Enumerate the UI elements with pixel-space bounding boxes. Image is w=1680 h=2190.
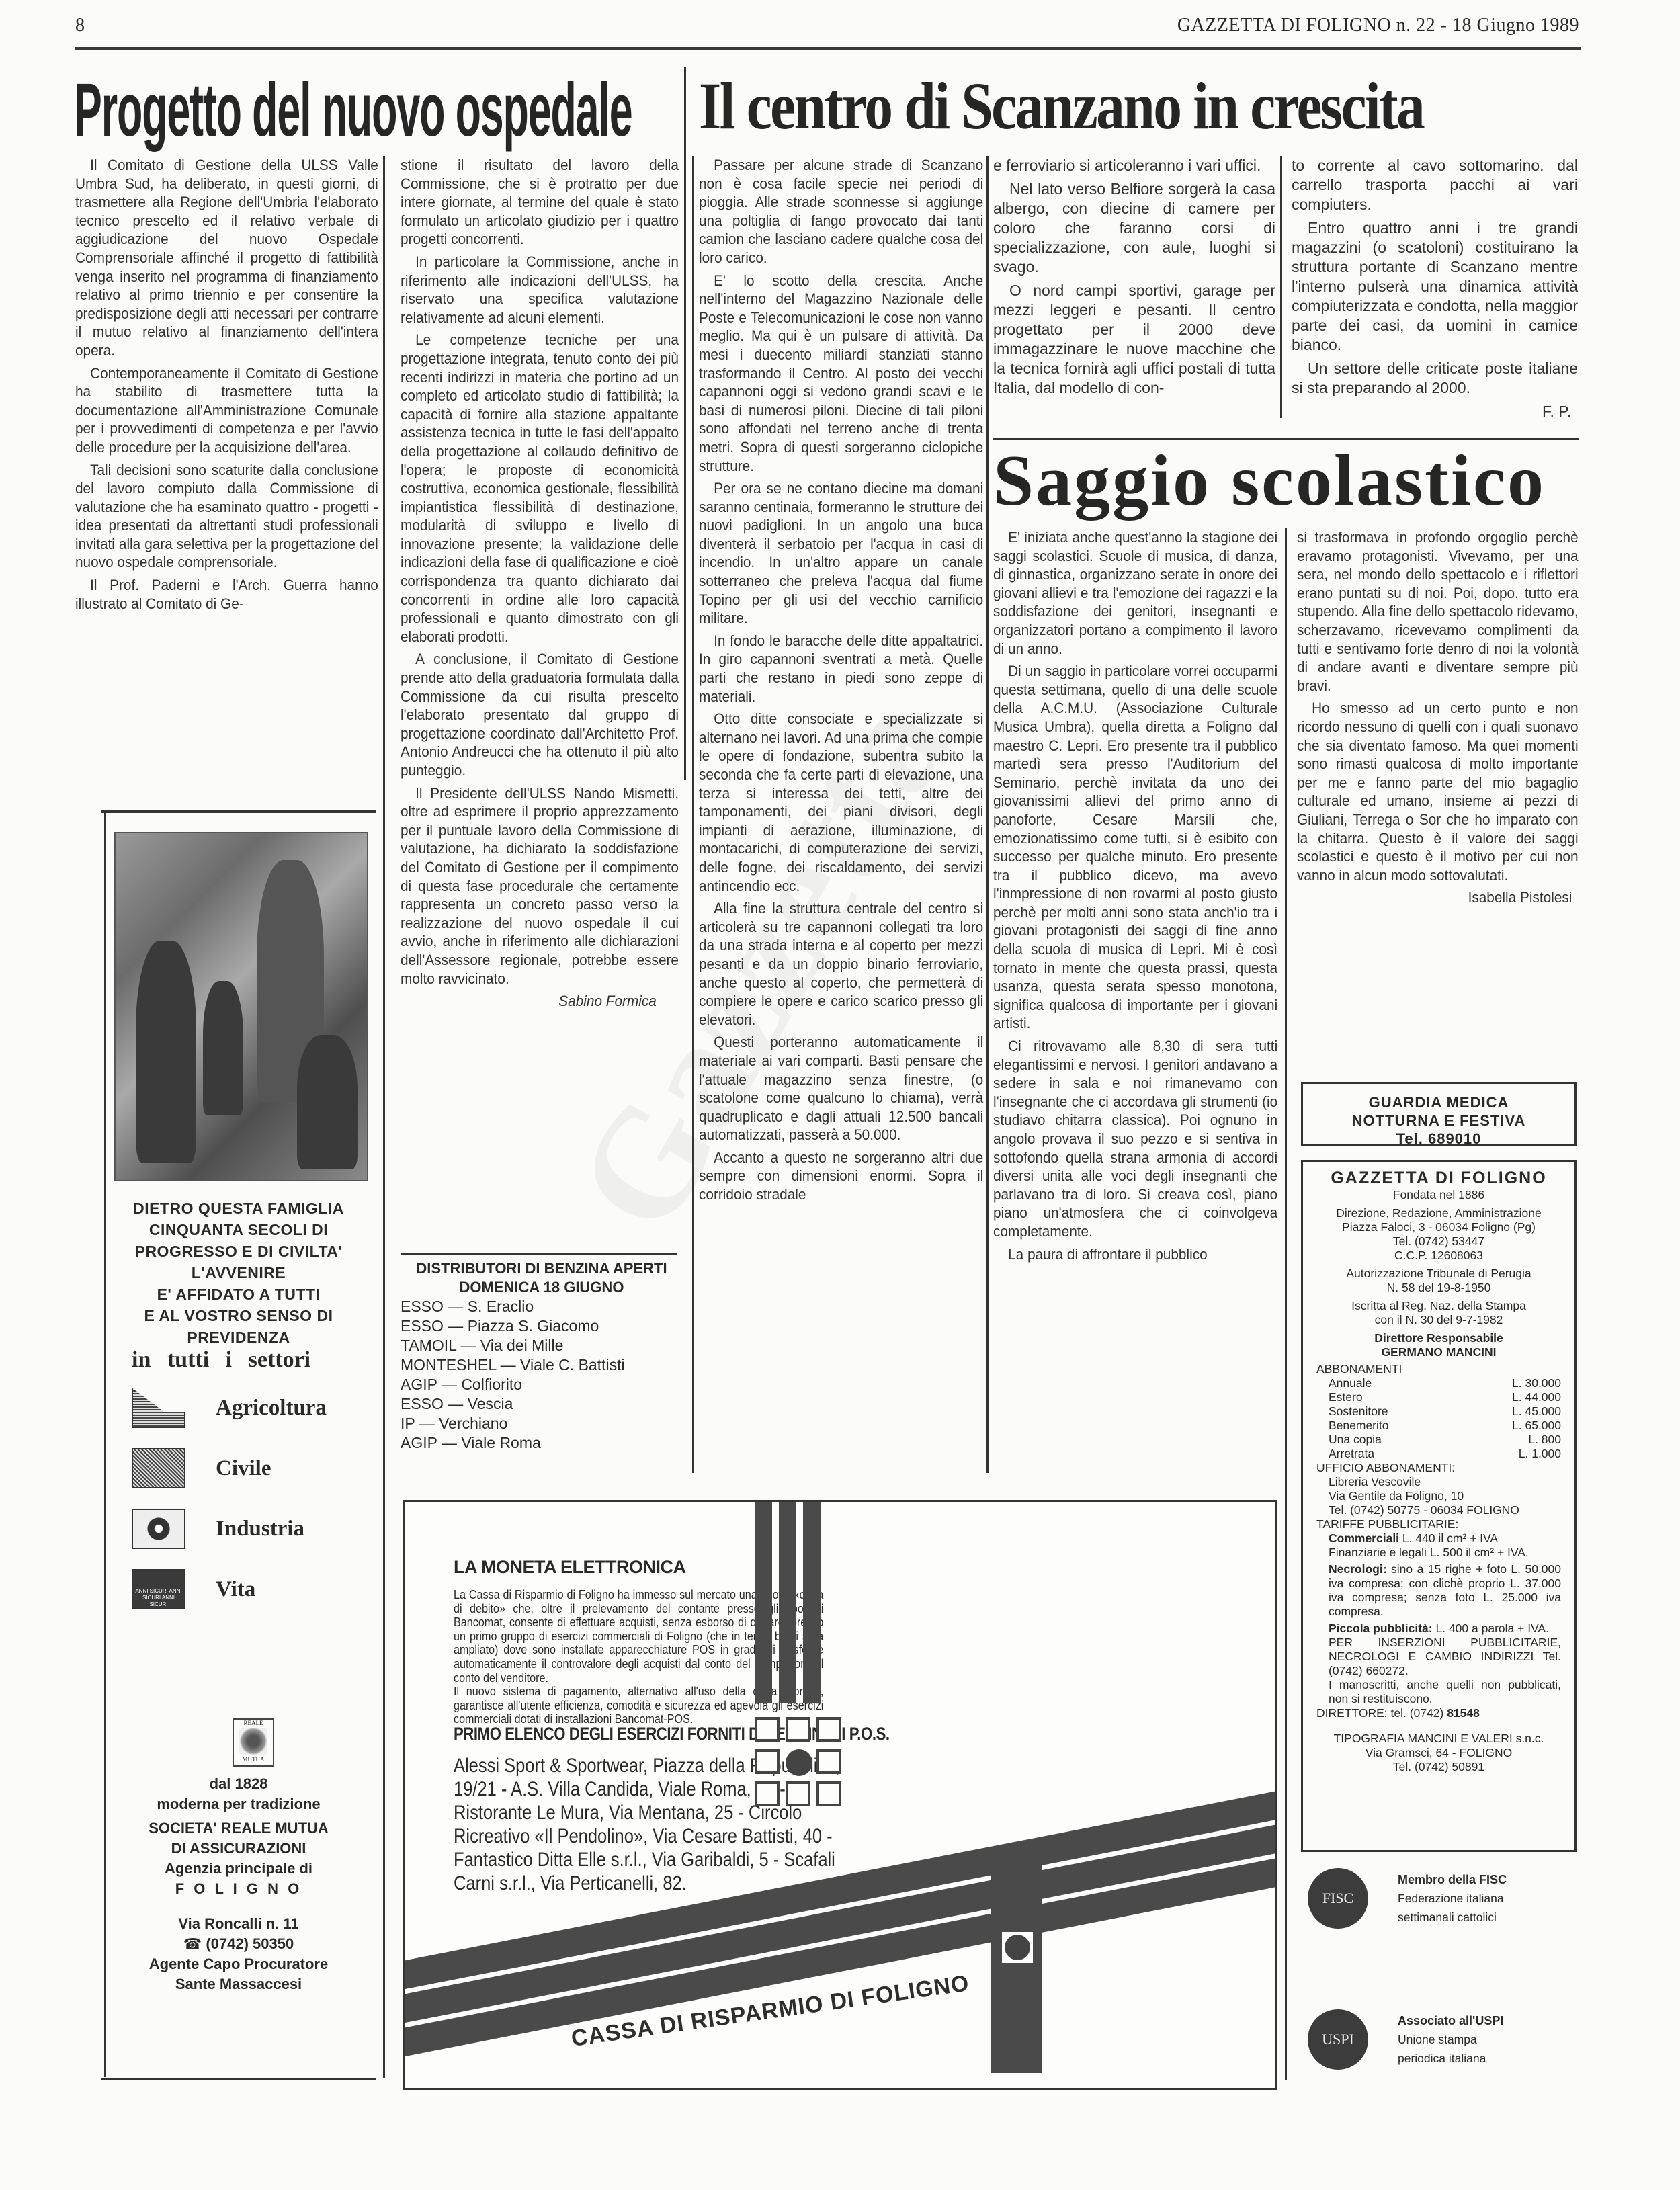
benzina-item: ESSO — Piazza S. Giacomo	[401, 1316, 683, 1336]
person-silhouette	[203, 981, 243, 1115]
family-photo	[114, 832, 368, 1181]
paragraph: Il Presidente dell'ULSS Nando Mismetti, …	[401, 784, 679, 988]
graphic-square	[755, 1717, 780, 1742]
price-row: ArretrataL. 1.000	[1316, 1447, 1561, 1461]
paragraph: Un settore delle criticate poste italian…	[1292, 359, 1578, 398]
headline-ospedale: Progetto del nuovo ospedale	[74, 73, 632, 148]
scanzano-column-2: e ferroviario si articoleranno i vari uf…	[993, 156, 1275, 402]
direttore-tel: DIRETTORE: tel. (0742) 81548	[1316, 1706, 1561, 1720]
ad-slogan-1: DIETRO QUESTA FAMIGLIA CINQUANTA SECOLI …	[101, 1197, 376, 1262]
benzina-item: ESSO — Vescia	[401, 1394, 683, 1414]
person-silhouette	[297, 1035, 358, 1169]
cassa-ad: LA MONETA ELETTRONICA La Cassa di Rispar…	[403, 1500, 1277, 2090]
paragraph: E' iniziata anche quest'anno la stagione…	[993, 528, 1277, 658]
divider	[1316, 1726, 1561, 1726]
benzina-box: DISTRIBUTORI DI BENZINA APERTI DOMENICA …	[401, 1259, 683, 1453]
price-row: AnnualeL. 30.000	[1316, 1376, 1561, 1390]
paragraph: Questi porteranno automaticamente il mat…	[699, 1033, 983, 1144]
headline-scanzano: Il centro di Scanzano in crescita	[699, 73, 1423, 140]
ad-bottom-rule	[101, 2078, 376, 2080]
saggio-column-1: E' iniziata anche quest'anno la stagione…	[993, 528, 1277, 1267]
gazzetta-info-box: GAZZETTA DI FOLIGNO Fondata nel 1886 Dir…	[1301, 1160, 1577, 1852]
saggio-column-2: si trasformava in profondo orgoglio perc…	[1297, 528, 1579, 911]
sector-civile: Civile	[132, 1438, 374, 1499]
tariff-line: Commerciali L. 440 il cm² + IVA	[1316, 1531, 1561, 1546]
paragraph: Tali decisioni sono scaturite dalla conc…	[75, 461, 378, 573]
graphic-square	[786, 1781, 810, 1806]
uspi-logo-icon: USPI	[1308, 2009, 1368, 2070]
paragraph: E' lo scotto della crescita. Anche nell'…	[699, 271, 983, 476]
masthead: GAZZETTA DI FOLIGNO n. 22 - 18 Giugno 19…	[376, 15, 1579, 36]
crest-icon	[239, 1728, 267, 1755]
cassa-title: LA MONETA ELETTRONICA	[454, 1557, 685, 1578]
telephone-icon: ☎	[183, 1935, 206, 1952]
page-number: 8	[75, 15, 85, 36]
phone-line: ☎ (0742) 50350	[101, 1934, 376, 1954]
author-byline: Sabino Formica	[401, 992, 679, 1011]
tree-hill-icon	[132, 1388, 185, 1428]
tariff-line: PER INSERZIONI PUBBLICITARIE, NECROLOGI …	[1316, 1636, 1561, 1678]
graphic-square	[816, 1781, 841, 1806]
ad-slogan-2: L'AVVENIRE E' AFFIDATO A TUTTI E AL VOST…	[101, 1262, 376, 1348]
benzina-item: AGIP — Viale Roma	[401, 1433, 683, 1453]
graphic-stripe	[803, 1502, 821, 1703]
column-divider	[986, 156, 989, 1473]
graphic-square	[755, 1781, 780, 1806]
price-row: EsteroL. 44.000	[1316, 1390, 1561, 1404]
ospedale-column-1: Il Comitato di Gestione della ULSS Valle…	[75, 156, 378, 617]
tariff-line: Finanziarie e legali L. 500 il cm² + IVA…	[1316, 1546, 1561, 1560]
paragraph: Entro quattro anni i tre grandi magazzin…	[1292, 218, 1578, 355]
paragraph: O nord campi sportivi, garage per mezzi …	[993, 281, 1275, 398]
membership-uspi: USPI Associato all'USPI Unione stampa pe…	[1308, 2009, 1503, 2070]
column-divider	[692, 156, 694, 1473]
author-byline: F. P.	[1292, 402, 1578, 421]
graphic-dot	[786, 1749, 812, 1776]
price-row: SostenitoreL. 45.000	[1316, 1404, 1561, 1419]
family-house-icon	[132, 1448, 185, 1488]
benzina-item: MONTESHEL — Viale C. Battisti	[401, 1355, 683, 1375]
tariff-line: Piccola pubblicità: L. 400 a parola + IV…	[1316, 1622, 1561, 1636]
scanzano-column-1: Passare per alcune strade di Scanzano no…	[699, 156, 983, 1208]
benzina-item: ESSO — S. Eraclio	[401, 1297, 683, 1316]
graphic-dot	[1005, 1935, 1030, 1960]
paragraph: Di un saggio in particolare vorrei occup…	[993, 662, 1277, 1033]
price-row: Una copiaL. 800	[1316, 1433, 1561, 1447]
benzina-title-1: DISTRIBUTORI DI BENZINA APERTI	[401, 1259, 683, 1278]
tariff-line: Necrologi: sino a 15 righe + foto L. 50.…	[1316, 1562, 1561, 1619]
ospedale-column-2: stione il risultato del lavoro della Com…	[401, 156, 679, 1015]
paragraph: Per ora se ne contano diecine ma domani …	[699, 479, 983, 628]
paragraph: Alla fine la struttura centrale del cent…	[699, 899, 983, 1029]
paragraph: Le competenze tecniche per una progettaz…	[401, 331, 679, 646]
graphic-stripe	[779, 1502, 796, 1703]
graphic-square	[786, 1717, 810, 1742]
scanzano-column-3: to corrente al cavo sottomarino. dal car…	[1292, 156, 1578, 425]
ad-settori: in tutti i settori	[132, 1347, 310, 1373]
ad-top-rule	[101, 810, 376, 813]
membership-fisc: FISC Membro della FISC Federazione itali…	[1308, 1868, 1507, 1929]
graphic-square	[816, 1749, 841, 1774]
paragraph: e ferroviario si articoleranno i vari uf…	[993, 156, 1275, 175]
author-byline: Isabella Pistolesi	[1297, 888, 1579, 907]
reale-mutua-logo: REALE MUTUA	[233, 1718, 274, 1767]
column-divider	[383, 156, 385, 2078]
paragraph: Passare per alcune strade di Scanzano no…	[699, 156, 983, 267]
gear-icon	[132, 1509, 185, 1549]
graphic-square	[816, 1717, 841, 1742]
benzina-item: IP — Verchiano	[401, 1414, 683, 1433]
saggio-rule	[993, 438, 1579, 440]
headline-divider	[684, 67, 686, 780]
paragraph: La paura di affrontare il pubblico	[993, 1245, 1277, 1264]
paragraph: Ci ritrovavamo alle 8,30 di sera tutti e…	[993, 1037, 1277, 1241]
paragraph: Il Prof. Paderni e l'Arch. Guerra hanno …	[75, 576, 378, 613]
paragraph: In particolare la Commissione, anche in …	[401, 253, 679, 327]
paragraph: si trasformava in profondo orgoglio perc…	[1297, 528, 1579, 695]
paragraph: In fondo le baracche delle ditte appalta…	[699, 632, 983, 706]
sector-agricoltura: Agricoltura	[132, 1378, 374, 1438]
column-divider	[1280, 156, 1282, 418]
paragraph: Il Comitato di Gestione della ULSS Valle…	[75, 156, 378, 360]
anni-sicuri-icon: ANNI SICURI ANNI SICURI ANNI SICURI	[132, 1569, 185, 1609]
sector-vita: ANNI SICURI ANNI SICURI ANNI SICURI Vita	[132, 1559, 374, 1619]
graphic-square	[755, 1749, 780, 1774]
price-row: BenemeritoL. 65.000	[1316, 1419, 1561, 1433]
sector-industria: Industria	[132, 1499, 374, 1559]
paragraph: Ho smesso ad un certo punto e non ricord…	[1297, 699, 1579, 884]
person-silhouette	[136, 941, 196, 1163]
ad-left-border	[104, 810, 106, 2077]
header-rule	[75, 47, 1581, 50]
sectors-list: Agricoltura Civile Industria ANNI SICURI…	[132, 1378, 374, 1619]
paragraph: Otto ditte consociate e specializzate si…	[699, 710, 983, 895]
column-divider	[1285, 528, 1287, 2080]
benzina-list: ESSO — S. Eraclio ESSO — Piazza S. Giaco…	[401, 1297, 683, 1453]
headline-saggio: Saggio scolastico	[993, 445, 1546, 517]
paragraph: A conclusione, il Comitato di Gestione p…	[401, 650, 679, 780]
guardia-medica-box: GUARDIA MEDICA NOTTURNA E FESTIVA Tel. 6…	[1301, 1082, 1577, 1146]
benzina-item: TAMOIL — Via dei Mille	[401, 1336, 683, 1355]
fisc-logo-icon: FISC	[1308, 1868, 1368, 1929]
benzina-title-2: DOMENICA 18 GIUGNO	[401, 1278, 683, 1297]
tariff-line: I manoscritti, anche quelli non pubblica…	[1316, 1678, 1561, 1706]
reale-mutua-info: dal 1828 moderna per tradizione SOCIETA'…	[101, 1774, 376, 1994]
paragraph: Accanto a questo ne sorgeranno altri due…	[699, 1148, 983, 1204]
benzina-item: AGIP — Colfiorito	[401, 1375, 683, 1394]
graphic-stripe	[755, 1502, 772, 1703]
paragraph: Nel lato verso Belfiore sorgerà la casa …	[993, 179, 1275, 277]
paragraph: Contemporaneamente il Comitato di Gestio…	[75, 364, 378, 457]
benzina-rule	[401, 1253, 677, 1255]
paragraph: to corrente al cavo sottomarino. dal car…	[1292, 156, 1578, 214]
paragraph: stione il risultato del lavoro della Com…	[401, 156, 679, 249]
